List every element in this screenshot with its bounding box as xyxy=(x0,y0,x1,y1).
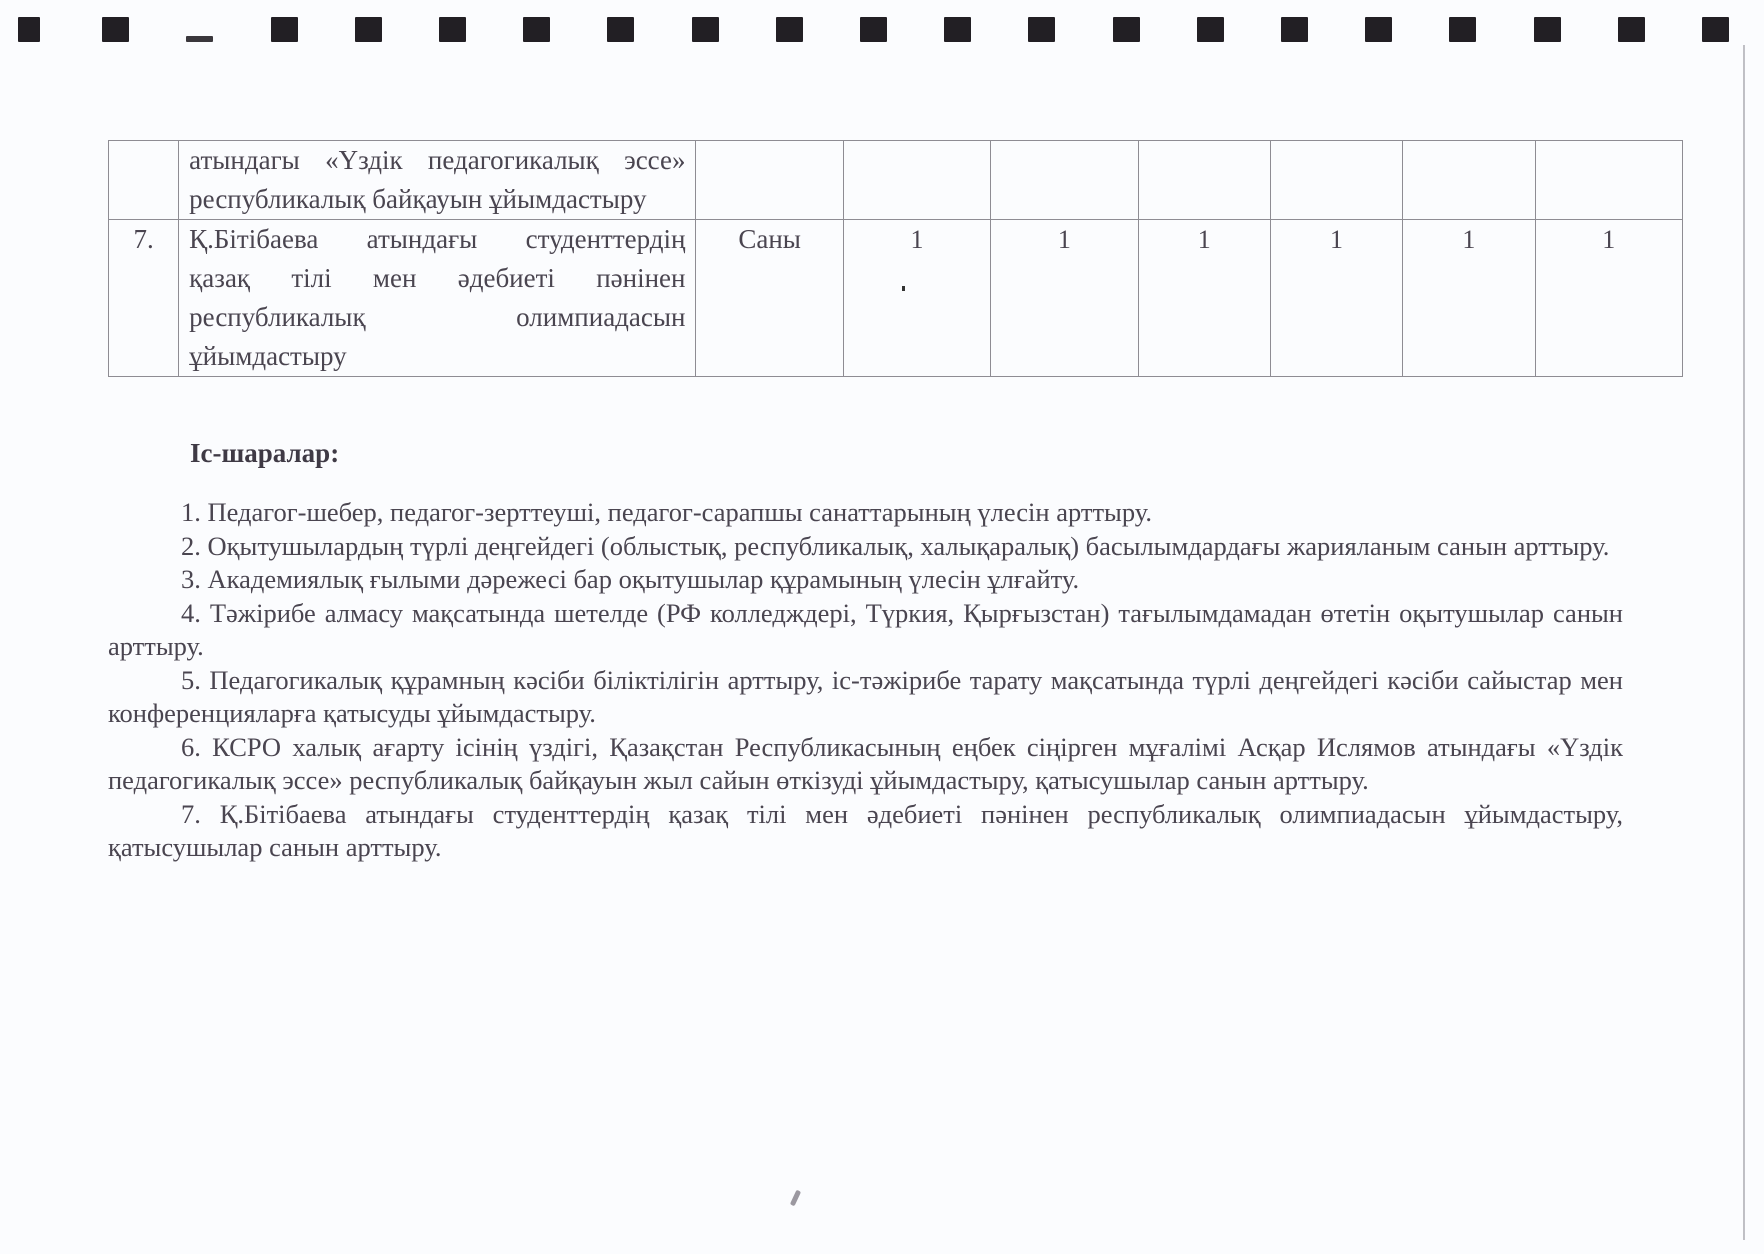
binding-hole xyxy=(18,17,40,42)
scan-mark xyxy=(790,1190,801,1207)
binding-hole xyxy=(523,17,550,42)
binding-hole xyxy=(355,17,382,42)
section-title: Іс-шаралар: xyxy=(190,438,339,469)
row-value xyxy=(1403,141,1535,220)
binding-hole xyxy=(607,17,634,42)
binding-hole xyxy=(439,17,466,42)
table-row: 7. Қ.Бітібаева атындағы студенттердің қа… xyxy=(109,220,1683,377)
row-value xyxy=(843,141,990,220)
measure-item: 7. Қ.Бітібаева атындағы студенттердің қа… xyxy=(108,798,1623,865)
binding-hole xyxy=(1281,17,1308,42)
row-value: 1 xyxy=(1535,220,1682,377)
description-line: Қ.Бітібаева атындағы студенттердің xyxy=(189,220,685,259)
measure-item: 4. Тәжірибе алмасу мақсатында шетелде (Р… xyxy=(108,597,1623,664)
row-value xyxy=(991,141,1138,220)
row-number xyxy=(109,141,179,220)
binding-hole xyxy=(776,17,803,42)
row-value: 1 xyxy=(843,220,990,377)
measure-item: 6. КСРО халық ағарту ісінің үздігі, Қаза… xyxy=(108,731,1623,798)
description-line: республикалық олимпиадасын xyxy=(189,298,685,337)
row-unit xyxy=(696,141,843,220)
binding-hole xyxy=(1365,17,1392,42)
description-line: қазақ тілі мен әдебиеті пәнінен xyxy=(189,259,685,298)
binding-hole xyxy=(860,17,887,42)
binding-hole xyxy=(102,17,129,42)
row-value: 1 xyxy=(1403,220,1535,377)
row-value: 1 xyxy=(1270,220,1402,377)
row-value: 1 xyxy=(991,220,1138,377)
description-line: атындагы «Үздік педагогикалық эссе» xyxy=(189,141,685,180)
page-edge xyxy=(1743,45,1745,1240)
binding-hole xyxy=(944,17,971,42)
measure-item: 1. Педагог-шебер, педагог-зерттеуші, пед… xyxy=(108,496,1623,530)
row-value xyxy=(1138,141,1270,220)
binding-hole xyxy=(692,17,719,42)
binding-holes xyxy=(0,0,1764,60)
row-value: 1 xyxy=(1138,220,1270,377)
binding-hole xyxy=(1702,17,1729,42)
binding-hole xyxy=(186,36,213,42)
measures-list: 1. Педагог-шебер, педагог-зерттеуші, пед… xyxy=(108,496,1623,865)
table-row: атындагы «Үздік педагогикалық эссе» респ… xyxy=(109,141,1683,220)
scan-speck xyxy=(902,286,905,291)
measure-item: 2. Оқытушылардың түрлі деңгейдегі (облыс… xyxy=(108,530,1623,564)
row-description: Қ.Бітібаева атындағы студенттердің қазақ… xyxy=(179,220,696,377)
row-value xyxy=(1535,141,1682,220)
indicators-table: атындагы «Үздік педагогикалық эссе» респ… xyxy=(108,140,1683,377)
binding-hole xyxy=(271,17,298,42)
binding-hole xyxy=(1197,17,1224,42)
row-description: атындагы «Үздік педагогикалық эссе» респ… xyxy=(179,141,696,220)
binding-hole xyxy=(1028,17,1055,42)
binding-hole xyxy=(1534,17,1561,42)
measure-item: 5. Педагогикалық құрамның кәсіби білікті… xyxy=(108,664,1623,731)
measure-item: 3. Академиялық ғылыми дәрежесі бар оқыту… xyxy=(108,563,1623,597)
binding-hole xyxy=(1449,17,1476,42)
description-line: ұйымдастыру xyxy=(189,341,346,371)
row-number: 7. xyxy=(109,220,179,377)
row-unit: Саны xyxy=(696,220,843,377)
description-line: республикалық байқауын ұйымдастыру xyxy=(189,184,646,214)
binding-hole xyxy=(1113,17,1140,42)
binding-hole xyxy=(1618,17,1645,42)
row-value xyxy=(1270,141,1402,220)
